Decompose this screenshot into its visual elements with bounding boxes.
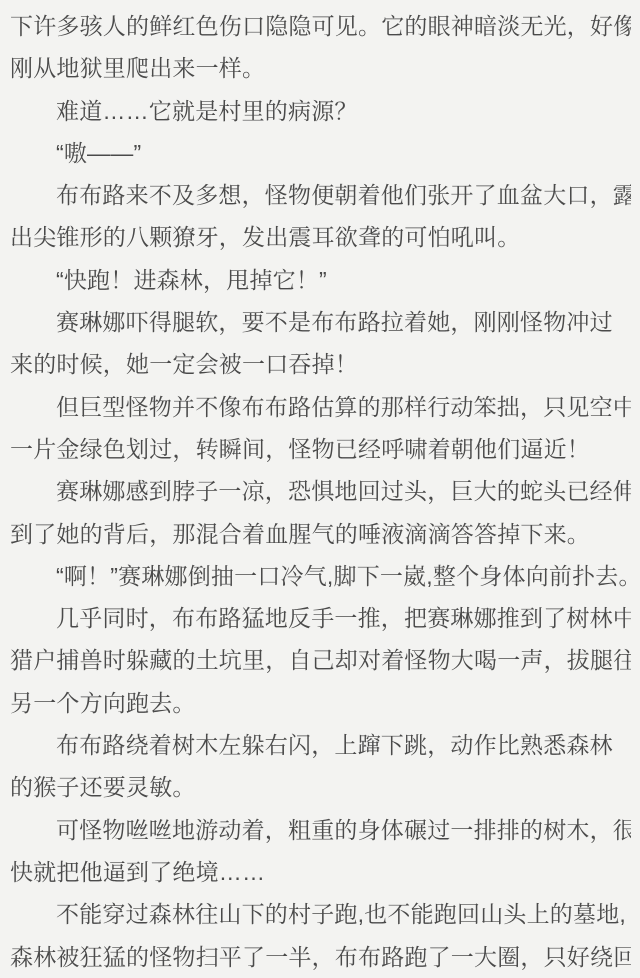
text-line: 出尖锥形的八颗獠牙，发出震耳欲聋的可怕吼叫。 bbox=[10, 216, 631, 258]
text-line: 刚从地狱里爬出来一样。 bbox=[10, 47, 631, 89]
text-line: 布布路来不及多想，怪物便朝着他们张开了血盆大口，露 bbox=[10, 174, 631, 216]
text-line: 几乎同时，布布路猛地反手一推，把赛琳娜推到了树林中 bbox=[10, 597, 631, 639]
text-line: 下许多骇人的鲜红色伤口隐隐可见。它的眼神暗淡无光，好像 bbox=[10, 5, 631, 47]
text-line: 布布路绕着树木左躲右闪，上蹿下跳，动作比熟悉森林 bbox=[10, 724, 631, 766]
text-line: 森林被狂猛的怪物扫平了一半，布布路跑了一大圈，只好绕回 bbox=[10, 936, 631, 978]
text-line: 到了她的背后，那混合着血腥气的唾液滴滴答答掉下来。 bbox=[10, 513, 631, 555]
text-line: 快就把他逼到了绝境…… bbox=[10, 851, 631, 893]
text-line: “嗷——” bbox=[10, 132, 631, 174]
text-line: 赛琳娜吓得腿软，要不是布布路拉着她，刚刚怪物冲过 bbox=[10, 301, 631, 343]
text-body: 下许多骇人的鲜红色伤口隐隐可见。它的眼神暗淡无光，好像刚从地狱里爬出来一样。难道… bbox=[10, 5, 631, 978]
book-page: 下许多骇人的鲜红色伤口隐隐可见。它的眼神暗淡无光，好像刚从地狱里爬出来一样。难道… bbox=[0, 0, 640, 978]
text-line: 一片金绿色划过，转瞬间，怪物已经呼啸着朝他们逼近！ bbox=[10, 428, 631, 470]
text-line: 赛琳娜感到脖子一凉，恐惧地回过头，巨大的蛇头已经伸 bbox=[10, 470, 631, 512]
text-line: 的猴子还要灵敏。 bbox=[10, 766, 631, 808]
text-line: 但巨型怪物并不像布布路估算的那样行动笨拙，只见空中 bbox=[10, 386, 631, 428]
text-line: 来的时候，她一定会被一口吞掉！ bbox=[10, 343, 631, 385]
text-line: 难道……它就是村里的病源？ bbox=[10, 90, 631, 132]
text-line: 可怪物咝咝地游动着，粗重的身体碾过一排排的树木，很 bbox=[10, 809, 631, 851]
text-line: “快跑！进森林，甩掉它！” bbox=[10, 259, 631, 301]
text-line: 另一个方向跑去。 bbox=[10, 682, 631, 724]
text-line: “啊！”赛琳娜倒抽一口冷气,脚下一崴,整个身体向前扑去。 bbox=[10, 555, 631, 597]
text-line: 不能穿过森林往山下的村子跑,也不能跑回山头上的墓地, bbox=[10, 893, 631, 935]
text-line: 猎户捕兽时躲藏的土坑里，自己却对着怪物大喝一声，拔腿往 bbox=[10, 639, 631, 681]
